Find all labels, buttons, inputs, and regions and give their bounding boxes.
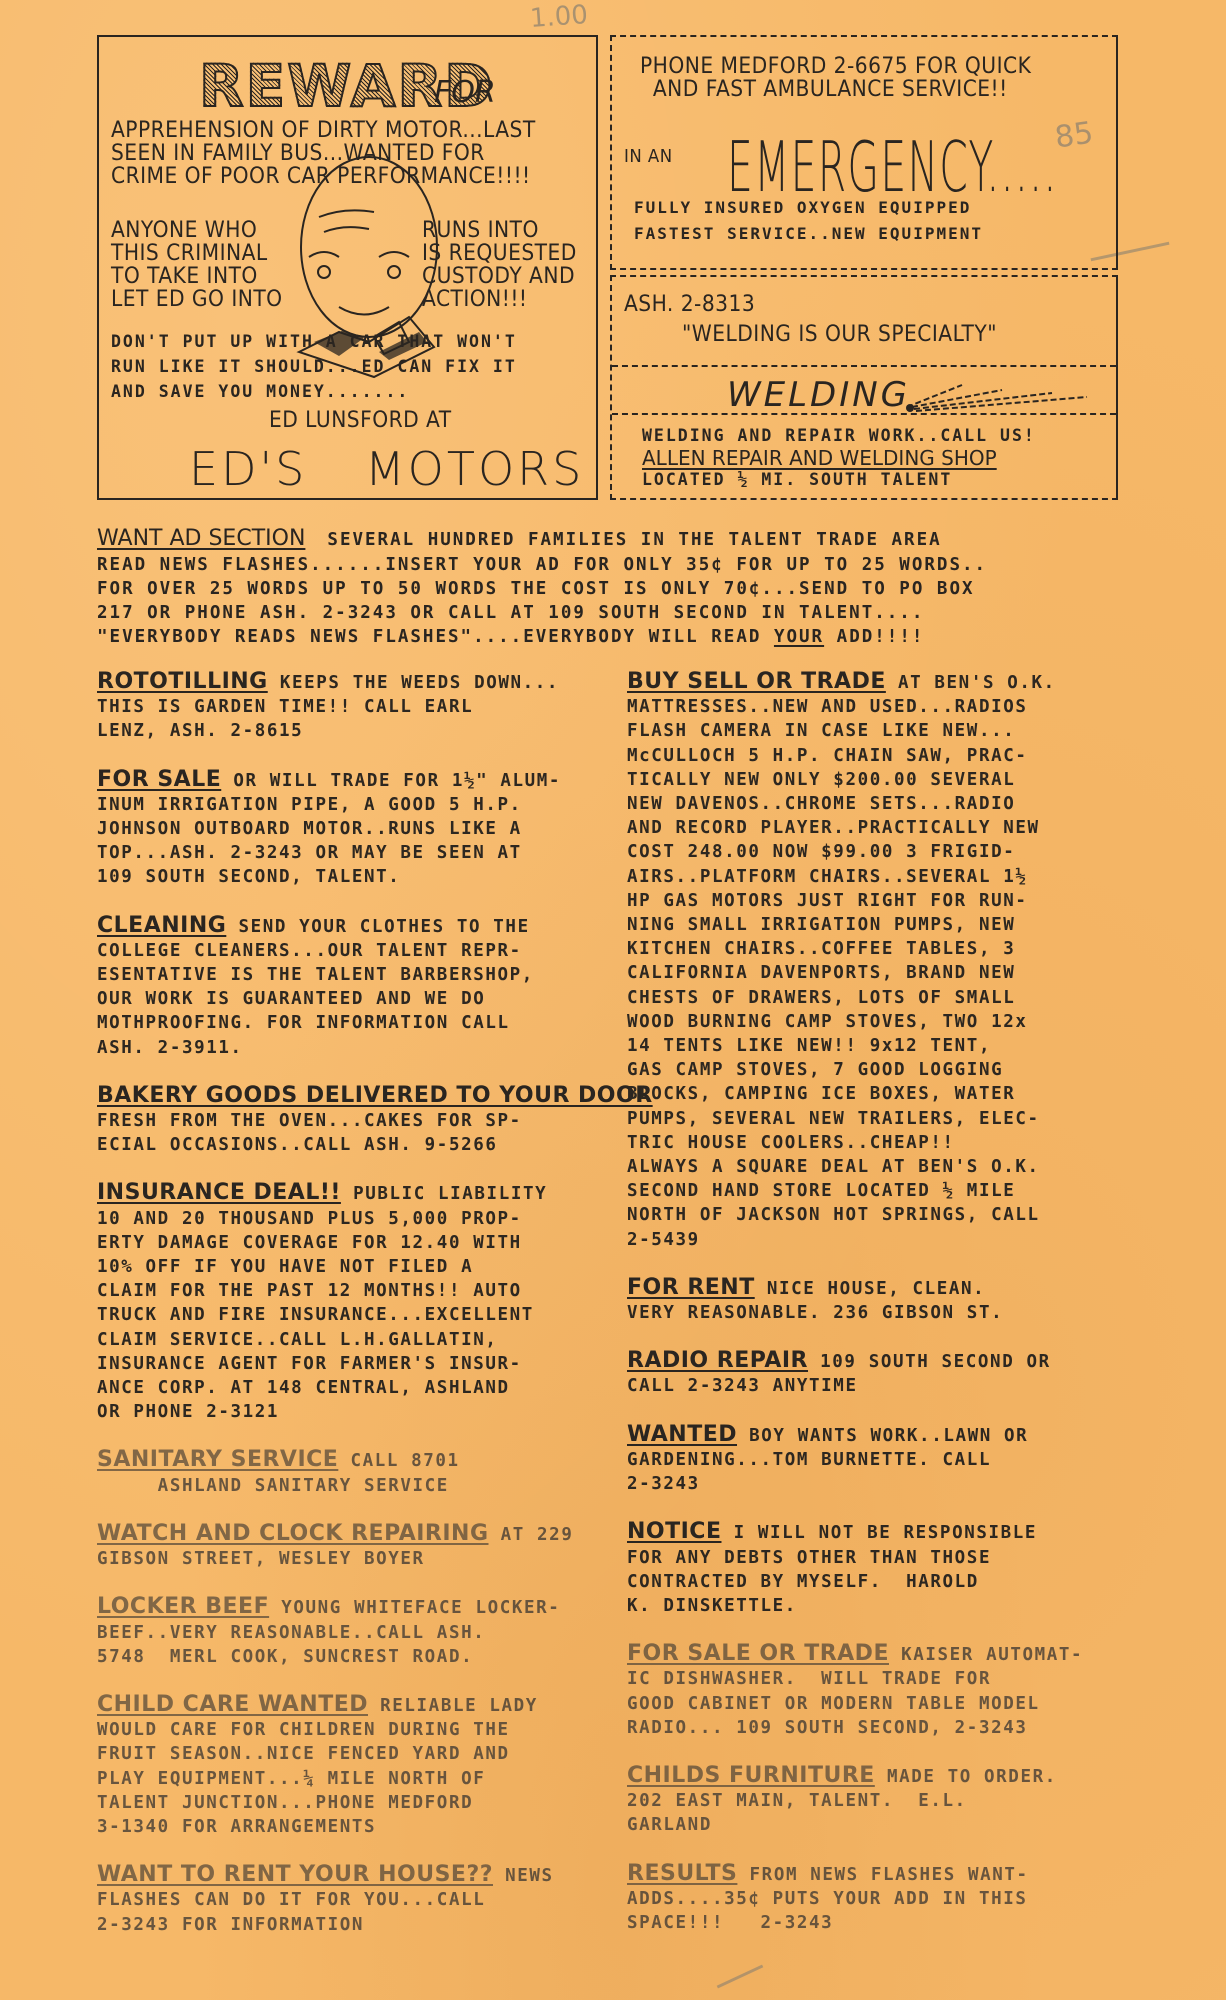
reward-right-text: RUNS INTO IS REQUESTED CUSTODY AND ACTIO… (422, 219, 577, 311)
ad-text-line: HP GAS MOTORS JUST RIGHT FOR RUN- (627, 889, 1127, 913)
ad-text-line: WOULD CARE FOR CHILDREN DURING THE (97, 1718, 612, 1742)
classified-column-right: BUY SELL OR TRADE AT BEN'S O.K. MATTRESS… (627, 670, 1127, 1959)
ad-text-line: GIBSON STREET, WESLEY BOYER (97, 1547, 612, 1571)
ad-text-line: 3-1340 FOR ARRANGEMENTS (97, 1815, 612, 1839)
ad-rototilling: ROTOTILLING KEEPS THE WEEDS DOWN... THIS… (97, 670, 612, 744)
ad-for-sale: FOR SALE OR WILL TRADE FOR 1½" ALUM- INU… (97, 768, 612, 890)
ad-text-line: FRESH FROM THE OVEN...CAKES FOR SP- (97, 1109, 612, 1133)
ad-text-line: NING SMALL IRRIGATION PUMPS, NEW (627, 913, 1127, 937)
want-ad-intro: WANT AD SECTION SEVERAL HUNDRED FAMILIES… (97, 526, 1127, 649)
ad-text-line: CALIFORNIA DAVENPORTS, BRAND NEW (627, 961, 1127, 985)
ad-text-line: ECIAL OCCASIONS..CALL ASH. 9-5266 (97, 1133, 612, 1157)
ad-text-line: AND RECORD PLAYER..PRACTICALLY NEW (627, 816, 1127, 840)
ad-text-line: COST 248.00 NOW $99.00 3 FRIGID- (627, 840, 1127, 864)
ad-heading: ROTOTILLING (97, 669, 268, 694)
ambulance-footer: FULLY INSURED OXYGEN EQUIPPED FASTEST SE… (634, 195, 983, 247)
ad-text-line: NORTH OF JACKSON HOT SPRINGS, CALL (627, 1203, 1127, 1227)
ad-text-line: FRUIT SEASON..NICE FENCED YARD AND (97, 1742, 612, 1766)
ad-text-line: CALL 2-3243 ANYTIME (627, 1374, 1127, 1398)
ad-heading: FOR SALE OR TRADE (627, 1641, 889, 1666)
ad-heading: CHILDS FURNITURE (627, 1763, 875, 1788)
ad-heading: FOR RENT (627, 1275, 755, 1300)
divider (612, 365, 1116, 367)
ad-text-line: 2-5439 (627, 1228, 1127, 1252)
ad-text-line: TALENT JUNCTION...PHONE MEDFORD (97, 1791, 612, 1815)
ad-heading: WANTED (627, 1422, 737, 1447)
emphasis-your: YOUR (774, 627, 824, 647)
ad-text-line: LENZ, ASH. 2-8615 (97, 719, 612, 743)
ad-text-line: OUR WORK IS GUARANTEED AND WE DO (97, 987, 612, 1011)
ad-text-line: WANTED BOY WANTS WORK..LAWN OR (627, 1423, 1127, 1448)
ad-text-line: CHILD CARE WANTED RELIABLE LADY (97, 1693, 612, 1718)
pencil-mark-price: 1.00 (529, 0, 589, 34)
welding-ad: ASH. 2-8313 "WELDING IS OUR SPECIALTY" W… (610, 275, 1118, 500)
ad-text-line: KITCHEN CHAIRS..COFFEE TABLES, 3 (627, 937, 1127, 961)
reward-left-text: ANYONE WHO THIS CRIMINAL TO TAKE INTO LE… (111, 219, 283, 311)
ad-text-line: WATCH AND CLOCK REPAIRING AT 229 (97, 1522, 612, 1547)
ad-text-line: INSURANCE AGENT FOR FARMER'S INSUR- (97, 1352, 612, 1376)
ad-text-line: CHILDS FURNITURE MADE TO ORDER. (627, 1764, 1127, 1789)
ad-child-care: CHILD CARE WANTED RELIABLE LADY WOULD CA… (97, 1693, 612, 1839)
ad-heading: RESULTS (627, 1861, 737, 1886)
shop-name: ALLEN REPAIR AND WELDING SHOP (642, 447, 1036, 469)
ad-for-rent: FOR RENT NICE HOUSE, CLEAN. VERY REASONA… (627, 1276, 1127, 1325)
ad-results: RESULTS FROM NEWS FLASHES WANT- ADDS....… (627, 1862, 1127, 1936)
ad-text-line: FOR RENT NICE HOUSE, CLEAN. (627, 1276, 1127, 1301)
ad-childs-furniture: CHILDS FURNITURE MADE TO ORDER. 202 EAST… (627, 1764, 1127, 1838)
ad-text-line: CLAIM FOR THE PAST 12 MONTHS!! AUTO (97, 1279, 612, 1303)
ad-buy-sell-trade: BUY SELL OR TRADE AT BEN'S O.K. MATTRESS… (627, 670, 1127, 1252)
ad-notice: NOTICE I WILL NOT BE RESPONSIBLE FOR ANY… (627, 1520, 1127, 1618)
welding-details: WELDING AND REPAIR WORK..CALL US! ALLEN … (642, 425, 1036, 491)
ad-heading: WANT TO RENT YOUR HOUSE?? (97, 1862, 493, 1887)
ad-heading: CHILD CARE WANTED (97, 1692, 368, 1717)
ad-text-line: GARLAND (627, 1813, 1127, 1837)
ad-text-line: ROTOTILLING KEEPS THE WEEDS DOWN... (97, 670, 612, 695)
ad-text-line: ESENTATIVE IS THE TALENT BARBERSHOP, (97, 963, 612, 987)
ad-text-line: SPACE!!! 2-3243 (627, 1911, 1127, 1935)
ad-text-line: BAKERY GOODS DELIVERED TO YOUR DOOR (97, 1084, 612, 1109)
ad-text-line: ANCE CORP. AT 148 CENTRAL, ASHLAND (97, 1376, 612, 1400)
ad-text-line: LOCKER BEEF YOUNG WHITEFACE LOCKER- (97, 1595, 612, 1620)
ad-text-line: SANITARY SERVICE CALL 8701 (97, 1448, 612, 1473)
ad-insurance: INSURANCE DEAL!! PUBLIC LIABILITY 10 AND… (97, 1181, 612, 1424)
ad-text-line: ASH. 2-3911. (97, 1036, 612, 1060)
ad-text-line: GAS CAMP STOVES, 7 GOOD LOGGING (627, 1058, 1127, 1082)
ad-locker-beef: LOCKER BEEF YOUNG WHITEFACE LOCKER- BEEF… (97, 1595, 612, 1669)
ad-text-line: TRUCK AND FIRE INSURANCE...EXCELLENT (97, 1303, 612, 1327)
ad-text-line: MATTRESSES..NEW AND USED...RADIOS (627, 695, 1127, 719)
ad-text-line: ASHLAND SANITARY SERVICE (97, 1474, 612, 1498)
ad-text-line: JOHNSON OUTBOARD MOTOR..RUNS LIKE A (97, 817, 612, 841)
reward-for: FOR (434, 75, 496, 110)
ad-text-line: AIRS..PLATFORM CHAIRS..SEVERAL 1½ (627, 865, 1127, 889)
ambulance-ad: PHONE MEDFORD 2-6675 FOR QUICK AND FAST … (610, 35, 1118, 270)
ad-text-line: GOOD CABINET OR MODERN TABLE MODEL (627, 1692, 1127, 1716)
ad-text-line: MOTHPROOFING. FOR INFORMATION CALL (97, 1011, 612, 1035)
divider (612, 413, 1116, 415)
ad-heading: NOTICE (627, 1519, 721, 1544)
ad-text-line: RESULTS FROM NEWS FLASHES WANT- (627, 1862, 1127, 1887)
ad-bakery: BAKERY GOODS DELIVERED TO YOUR DOOR FRES… (97, 1084, 612, 1158)
ad-text-line: CHESTS OF DRAWERS, LOTS OF SMALL (627, 986, 1127, 1010)
ad-text-line: 10 AND 20 THOUSAND PLUS 5,000 PROP- (97, 1207, 612, 1231)
ad-text-line: 202 EAST MAIN, TALENT. E.L. (627, 1789, 1127, 1813)
ad-text-line: TOP...ASH. 2-3243 OR MAY BE SEEN AT (97, 841, 612, 865)
ad-text-line: TRIC HOUSE COOLERS..CHEAP!! (627, 1131, 1127, 1155)
reward-signoff: ED LUNSFORD AT (269, 409, 452, 432)
ad-text-line: 14 TENTS LIKE NEW!! 9x12 TENT, (627, 1034, 1127, 1058)
welding-headline: WELDING (727, 375, 910, 415)
ad-sanitary-service: SANITARY SERVICE CALL 8701 ASHLAND SANIT… (97, 1448, 612, 1497)
ad-text-line: 5748 MERL COOK, SUNCREST ROAD. (97, 1645, 612, 1669)
ad-heading: BUY SELL OR TRADE (627, 669, 886, 694)
ad-text-line: 2-3243 FOR INFORMATION (97, 1913, 612, 1937)
ad-text-line: NEW DAVENOS..CHROME SETS...RADIO (627, 792, 1127, 816)
ad-text-line: 109 SOUTH SECOND, TALENT. (97, 865, 612, 889)
ad-text-line: K. DINSKETTLE. (627, 1594, 1127, 1618)
ad-text-line: ADDS....35¢ PUTS YOUR ADD IN THIS (627, 1887, 1127, 1911)
welding-phone: ASH. 2-8313 (624, 293, 755, 316)
welding-slogan: "WELDING IS OUR SPECIALTY" (682, 323, 997, 346)
ad-text-line: RADIO REPAIR 109 SOUTH SECOND OR (627, 1349, 1127, 1374)
ad-heading: SANITARY SERVICE (97, 1447, 338, 1472)
ad-text-line: VERY REASONABLE. 236 GIBSON ST. (627, 1301, 1127, 1325)
reward-bottom-text: DON'T PUT UP WITH A CAR THAT WON'T RUN L… (111, 329, 517, 404)
ambulance-header: PHONE MEDFORD 2-6675 FOR QUICK AND FAST … (640, 55, 1031, 101)
ad-rent-house: WANT TO RENT YOUR HOUSE?? NEWS FLASHES C… (97, 1863, 612, 1937)
ad-heading: BAKERY GOODS DELIVERED TO YOUR DOOR (97, 1083, 653, 1108)
ad-text-line: FOR SALE OR TRADE KAISER AUTOMAT- (627, 1642, 1127, 1667)
ad-text-line: McCULLOCH 5 H.P. CHAIN SAW, PRAC- (627, 744, 1127, 768)
ad-text-line: THIS IS GARDEN TIME!! CALL EARL (97, 695, 612, 719)
ad-text-line: IC DISHWASHER. WILL TRADE FOR (627, 1667, 1127, 1691)
business-name: ED'S MOTORS (189, 442, 584, 496)
ad-text-line: ERTY DAMAGE COVERAGE FOR 12.40 WITH (97, 1231, 612, 1255)
ambulance-prefix: IN AN (624, 145, 673, 168)
ad-cleaning: CLEANING SEND YOUR CLOTHES TO THE COLLEG… (97, 914, 612, 1060)
ad-radio-repair: RADIO REPAIR 109 SOUTH SECOND OR CALL 2-… (627, 1349, 1127, 1398)
ad-text-line: FLASH CAMERA IN CASE LIKE NEW... (627, 719, 1127, 743)
pencil-stroke (717, 1965, 764, 1989)
ad-text-line: CLEANING SEND YOUR CLOTHES TO THE (97, 914, 612, 939)
ad-text-line: PUMPS, SEVERAL NEW TRAILERS, ELEC- (627, 1107, 1127, 1131)
ad-text-line: 10% OFF IF YOU HAVE NOT FILED A (97, 1255, 612, 1279)
ad-text-line: BUY SELL OR TRADE AT BEN'S O.K. (627, 670, 1127, 695)
welding-spark-icon (902, 375, 1092, 415)
ad-text-line: RADIO... 109 SOUTH SECOND, 2-3243 (627, 1716, 1127, 1740)
ad-text-line: CLAIM SERVICE..CALL L.H.GALLATIN, (97, 1328, 612, 1352)
ad-text-line: ALWAYS A SQUARE DEAL AT BEN'S O.K. (627, 1155, 1127, 1179)
ad-wanted: WANTED BOY WANTS WORK..LAWN OR GARDENING… (627, 1423, 1127, 1497)
want-ad-heading: WANT AD SECTION (97, 526, 305, 551)
reward-ad: REWARD FOR APPREHENSION OF DIRTY MOTOR..… (97, 35, 598, 500)
ad-heading: WATCH AND CLOCK REPAIRING (97, 1521, 489, 1546)
ad-heading: INSURANCE DEAL!! (97, 1180, 341, 1205)
ad-heading: FOR SALE (97, 767, 221, 792)
ad-text-line: PLAY EQUIPMENT...¼ MILE NORTH OF (97, 1767, 612, 1791)
ad-heading: RADIO REPAIR (627, 1348, 808, 1373)
ad-text-line: INSURANCE DEAL!! PUBLIC LIABILITY (97, 1181, 612, 1206)
ad-text-line: NOTICE I WILL NOT BE RESPONSIBLE (627, 1520, 1127, 1545)
ad-text-line: TICALLY NEW ONLY $200.00 SEVERAL (627, 768, 1127, 792)
ad-heading: LOCKER BEEF (97, 1594, 269, 1619)
ad-text-line: FLASHES CAN DO IT FOR YOU...CALL (97, 1888, 612, 1912)
classified-column-left: ROTOTILLING KEEPS THE WEEDS DOWN... THIS… (97, 670, 612, 1961)
ad-text-line: INUM IRRIGATION PIPE, A GOOD 5 H.P. (97, 793, 612, 817)
ad-text-line: SECOND HAND STORE LOCATED ½ MILE (627, 1179, 1127, 1203)
ad-text-line: BEEF..VERY REASONABLE..CALL ASH. (97, 1621, 612, 1645)
ad-text-line: CONTRACTED BY MYSELF. HAROLD (627, 1570, 1127, 1594)
ad-text-line: GARDENING...TOM BURNETTE. CALL (627, 1448, 1127, 1472)
ad-text-line: WOOD BURNING CAMP STOVES, TWO 12x (627, 1010, 1127, 1034)
ad-text-line: FOR SALE OR WILL TRADE FOR 1½" ALUM- (97, 768, 612, 793)
ad-for-sale-or-trade: FOR SALE OR TRADE KAISER AUTOMAT- IC DIS… (627, 1642, 1127, 1740)
ad-heading: CLEANING (97, 913, 226, 938)
ad-text-line: OR PHONE 2-3121 (97, 1400, 612, 1424)
ad-text-line: COLLEGE CLEANERS...OUR TALENT REPR- (97, 939, 612, 963)
ad-text-line: WANT TO RENT YOUR HOUSE?? NEWS (97, 1863, 612, 1888)
ad-watch-repair: WATCH AND CLOCK REPAIRING AT 229 GIBSON … (97, 1522, 612, 1571)
ad-text-line: FOR ANY DEBTS OTHER THAN THOSE (627, 1546, 1127, 1570)
ad-text-line: 2-3243 (627, 1472, 1127, 1496)
ad-text-line: BLOCKS, CAMPING ICE BOXES, WATER (627, 1082, 1127, 1106)
